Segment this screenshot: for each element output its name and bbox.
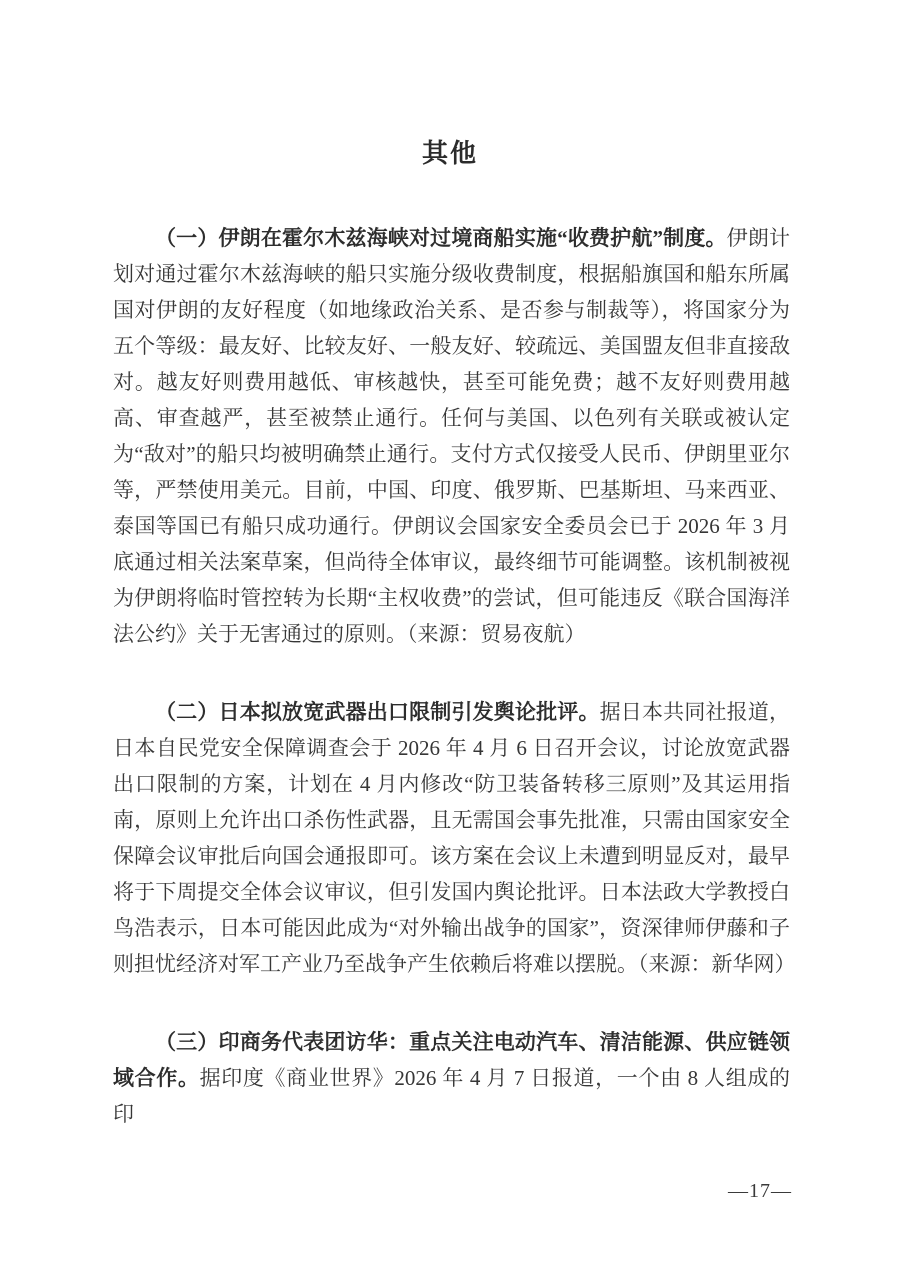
paragraph-heading: （二）日本拟放宽武器出口限制引发舆论批评。 [155, 700, 600, 724]
paragraph-text: 伊朗计划对通过霍尔木兹海峡的船只实施分级收费制度，根据船旗国和船东所属国对伊朗的… [113, 226, 790, 646]
document-body: （一）伊朗在霍尔木兹海峡对过境商船实施“收费护航”制度。伊朗计划对通过霍尔木兹海… [113, 220, 790, 1132]
page-title: 其他 [0, 0, 900, 168]
paragraph-heading: （一）伊朗在霍尔木兹海峡对过境商船实施“收费护航”制度。 [155, 226, 727, 250]
page-number: —17— [728, 1180, 792, 1203]
paragraph-india-delegation: （三）印商务代表团访华：重点关注电动汽车、清洁能源、供应链领域合作。据印度《商业… [113, 1024, 790, 1132]
paragraph-text: 据印度《商业世界》2026 年 4 月 7 日报道，一个由 8 人组成的印 [113, 1066, 790, 1126]
paragraph-iran-hormuz: （一）伊朗在霍尔木兹海峡对过境商船实施“收费护航”制度。伊朗计划对通过霍尔木兹海… [113, 220, 790, 652]
paragraph-japan-arms-export: （二）日本拟放宽武器出口限制引发舆论批评。据日本共同社报道，日本自民党安全保障调… [113, 694, 790, 982]
paragraph-text: 据日本共同社报道，日本自民党安全保障调查会于 2026 年 4 月 6 日召开会… [113, 700, 796, 976]
document-page: 其他 （一）伊朗在霍尔木兹海峡对过境商船实施“收费护航”制度。伊朗计划对通过霍尔… [0, 0, 900, 1272]
